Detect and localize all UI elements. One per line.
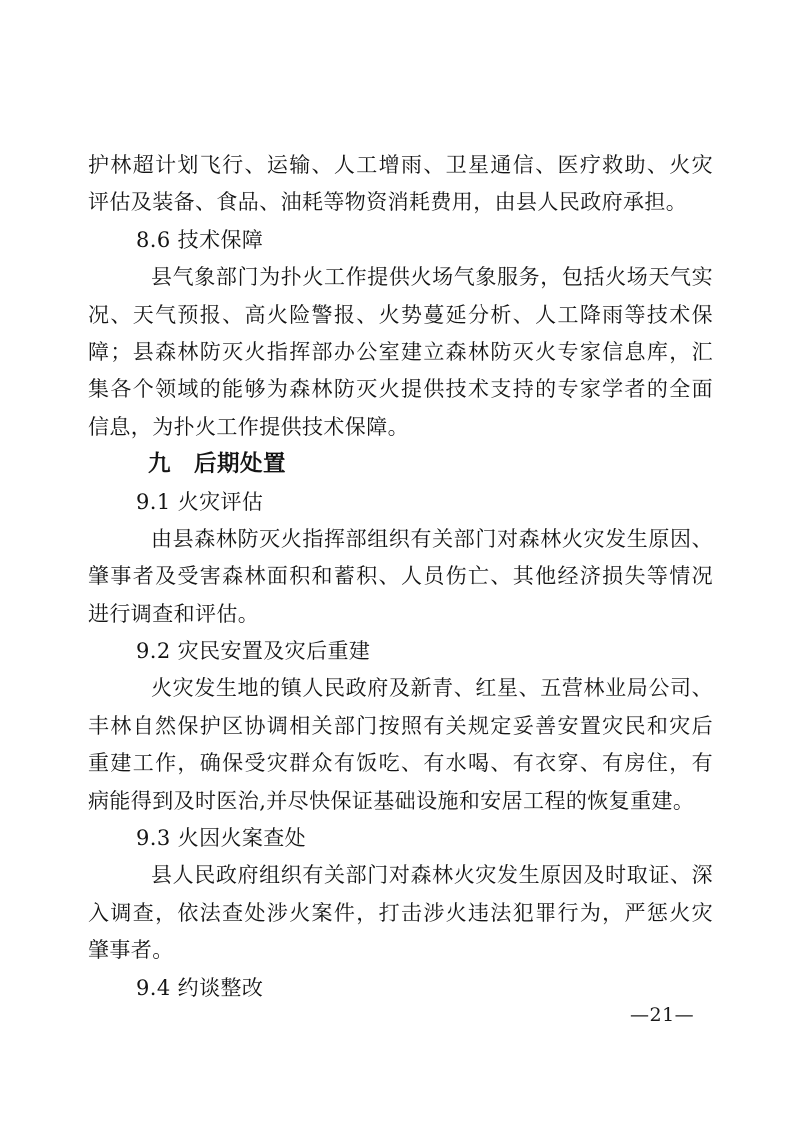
body-text-line: 护林超计划飞行、运输、人工增雨、卫星通信、医疗救助、火灾 — [88, 147, 713, 184]
subsection-heading-9-4: 9.4 约谈整改 — [88, 970, 713, 1007]
body-text-line: 评估及装备、食品、油耗等物资消耗费用，由县人民政府承担。 — [88, 184, 713, 221]
body-text-line: 县气象部门为扑火工作提供火场气象服务，包括火场天气实 — [88, 259, 713, 296]
document-body: 护林超计划飞行、运输、人工增雨、卫星通信、医疗救助、火灾 评估及装备、食品、油耗… — [88, 147, 713, 1007]
body-text-line: 火灾发生地的镇人民政府及新青、红星、五营林业局公司、 — [88, 670, 713, 707]
document-page: 护林超计划飞行、运输、人工增雨、卫星通信、医疗救助、火灾 评估及装备、食品、油耗… — [0, 0, 793, 1122]
subsection-heading-9-1: 9.1 火灾评估 — [88, 484, 713, 521]
subsection-heading-8-6: 8.6 技术保障 — [88, 222, 713, 259]
section-heading-9: 九 后期处置 — [88, 446, 713, 483]
body-text-line: 障；县森林防灭火指挥部办公室建立森林防灭火专家信息库，汇 — [88, 334, 713, 371]
body-text-line: 况、天气预报、高火险警报、火势蔓延分析、人工降雨等技术保 — [88, 297, 713, 334]
body-text-line: 肇事者。 — [88, 932, 713, 969]
body-text-line: 重建工作，确保受灾群众有饭吃、有水喝、有衣穿、有房住，有 — [88, 745, 713, 782]
body-text-line: 病能得到及时医治,并尽快保证基础设施和安居工程的恢复重建。 — [88, 783, 713, 820]
body-text-line: 进行调查和评估。 — [88, 596, 713, 633]
page-number: —21— — [630, 1003, 694, 1027]
subsection-heading-9-2: 9.2 灾民安置及灾后重建 — [88, 633, 713, 670]
body-text-line: 集各个领域的能够为森林防灭火提供技术支持的专家学者的全面 — [88, 371, 713, 408]
subsection-heading-9-3: 9.3 火因火案查处 — [88, 820, 713, 857]
body-text-line: 肇事者及受害森林面积和蓄积、人员伤亡、其他经济损失等情况 — [88, 558, 713, 595]
body-text-line: 由县森林防灭火指挥部组织有关部门对森林火灾发生原因、 — [88, 521, 713, 558]
body-text-line: 入调查，依法查处涉火案件，打击涉火违法犯罪行为，严惩火灾 — [88, 895, 713, 932]
body-text-line: 丰林自然保护区协调相关部门按照有关规定妥善安置灾民和灾后 — [88, 708, 713, 745]
body-text-line: 信息，为扑火工作提供技术保障。 — [88, 409, 713, 446]
body-text-line: 县人民政府组织有关部门对森林火灾发生原因及时取证、深 — [88, 857, 713, 894]
